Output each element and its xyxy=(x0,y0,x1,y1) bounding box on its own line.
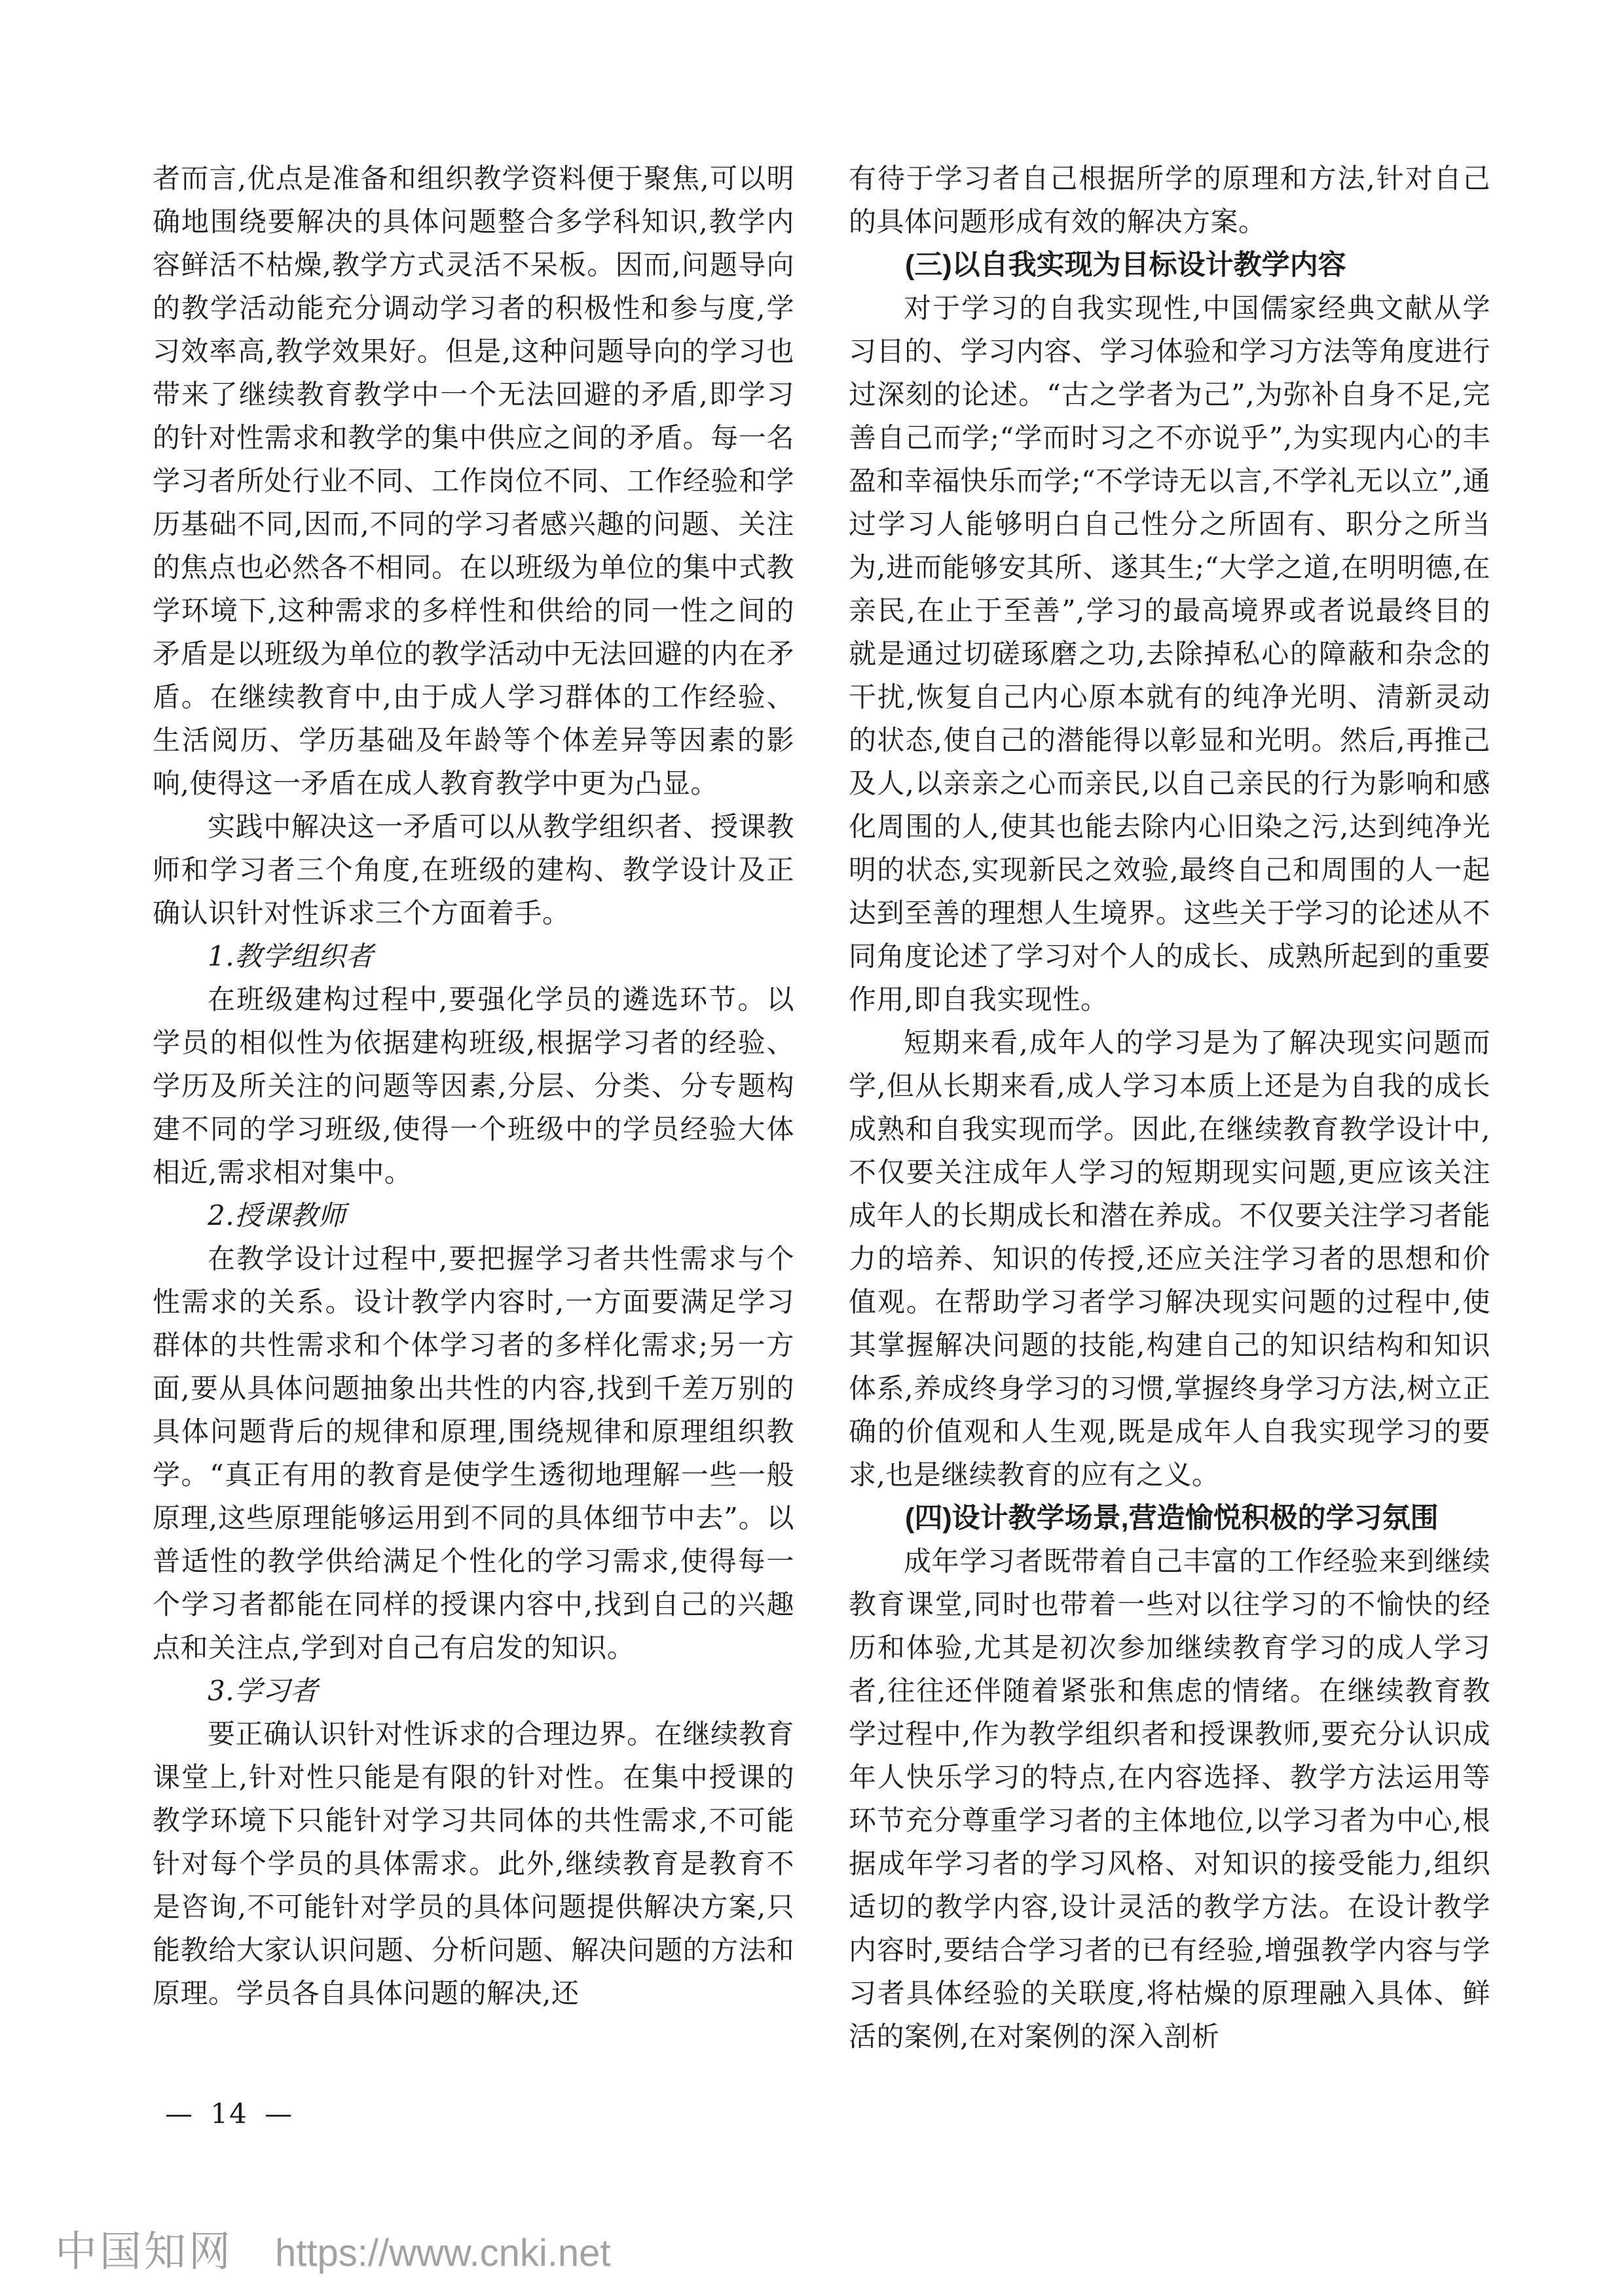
cnki-logo-text: 中国知网 xyxy=(55,2218,233,2278)
paragraph: 对于学习的自我实现性,中国儒家经典文献从学习目的、学习内容、学习体验和学习方法等… xyxy=(849,287,1490,1021)
numbered-subheading: 3.学习者 xyxy=(153,1669,794,1713)
paragraph: 者而言,优点是准备和组织教学资料便于聚焦,可以明确地围绕要解决的具体问题整合多学… xyxy=(153,157,794,805)
section-heading: (三)以自我实现为目标设计教学内容 xyxy=(849,244,1490,287)
cnki-url: https://www.cnki.net xyxy=(275,2231,611,2275)
cnki-watermark: 中国知网 https://www.cnki.net xyxy=(55,2218,611,2278)
section-heading: (四)设计教学场景,营造愉悦积极的学习氛围 xyxy=(849,1497,1490,1540)
paragraph: 在班级建构过程中,要强化学员的遴选环节。以学员的相似性为依据建构班级,根据学习者… xyxy=(153,978,794,1194)
page: 者而言,优点是准备和组织教学资料便于聚焦,可以明确地围绕要解决的具体问题整合多学… xyxy=(0,0,1624,2296)
numbered-subheading: 1.教学组织者 xyxy=(153,935,794,978)
paragraph: 要正确认识针对性诉求的合理边界。在继续教育课堂上,针对性只能是有限的针对性。在集… xyxy=(153,1713,794,2015)
paragraph: 成年学习者既带着自己丰富的工作经验来到继续教育课堂,同时也带着一些对以往学习的不… xyxy=(849,1540,1490,2058)
right-column: 有待于学习者自己根据所学的原理和方法,针对自己的具体问题形成有效的解决方案。 (… xyxy=(849,157,1490,2058)
paragraph: 实践中解决这一矛盾可以从教学组织者、授课教师和学习者三个角度,在班级的建构、教学… xyxy=(153,805,794,935)
paragraph: 有待于学习者自己根据所学的原理和方法,针对自己的具体问题形成有效的解决方案。 xyxy=(849,157,1490,244)
page-number: — 14 — xyxy=(165,2092,293,2136)
numbered-subheading: 2.授课教师 xyxy=(153,1194,794,1237)
paragraph: 在教学设计过程中,要把握学习者共性需求与个性需求的关系。设计教学内容时,一方面要… xyxy=(153,1237,794,1669)
paragraph: 短期来看,成年人的学习是为了解决现实问题而学,但从长期来看,成人学习本质上还是为… xyxy=(849,1021,1490,1497)
left-column: 者而言,优点是准备和组织教学资料便于聚焦,可以明确地围绕要解决的具体问题整合多学… xyxy=(153,157,794,2015)
